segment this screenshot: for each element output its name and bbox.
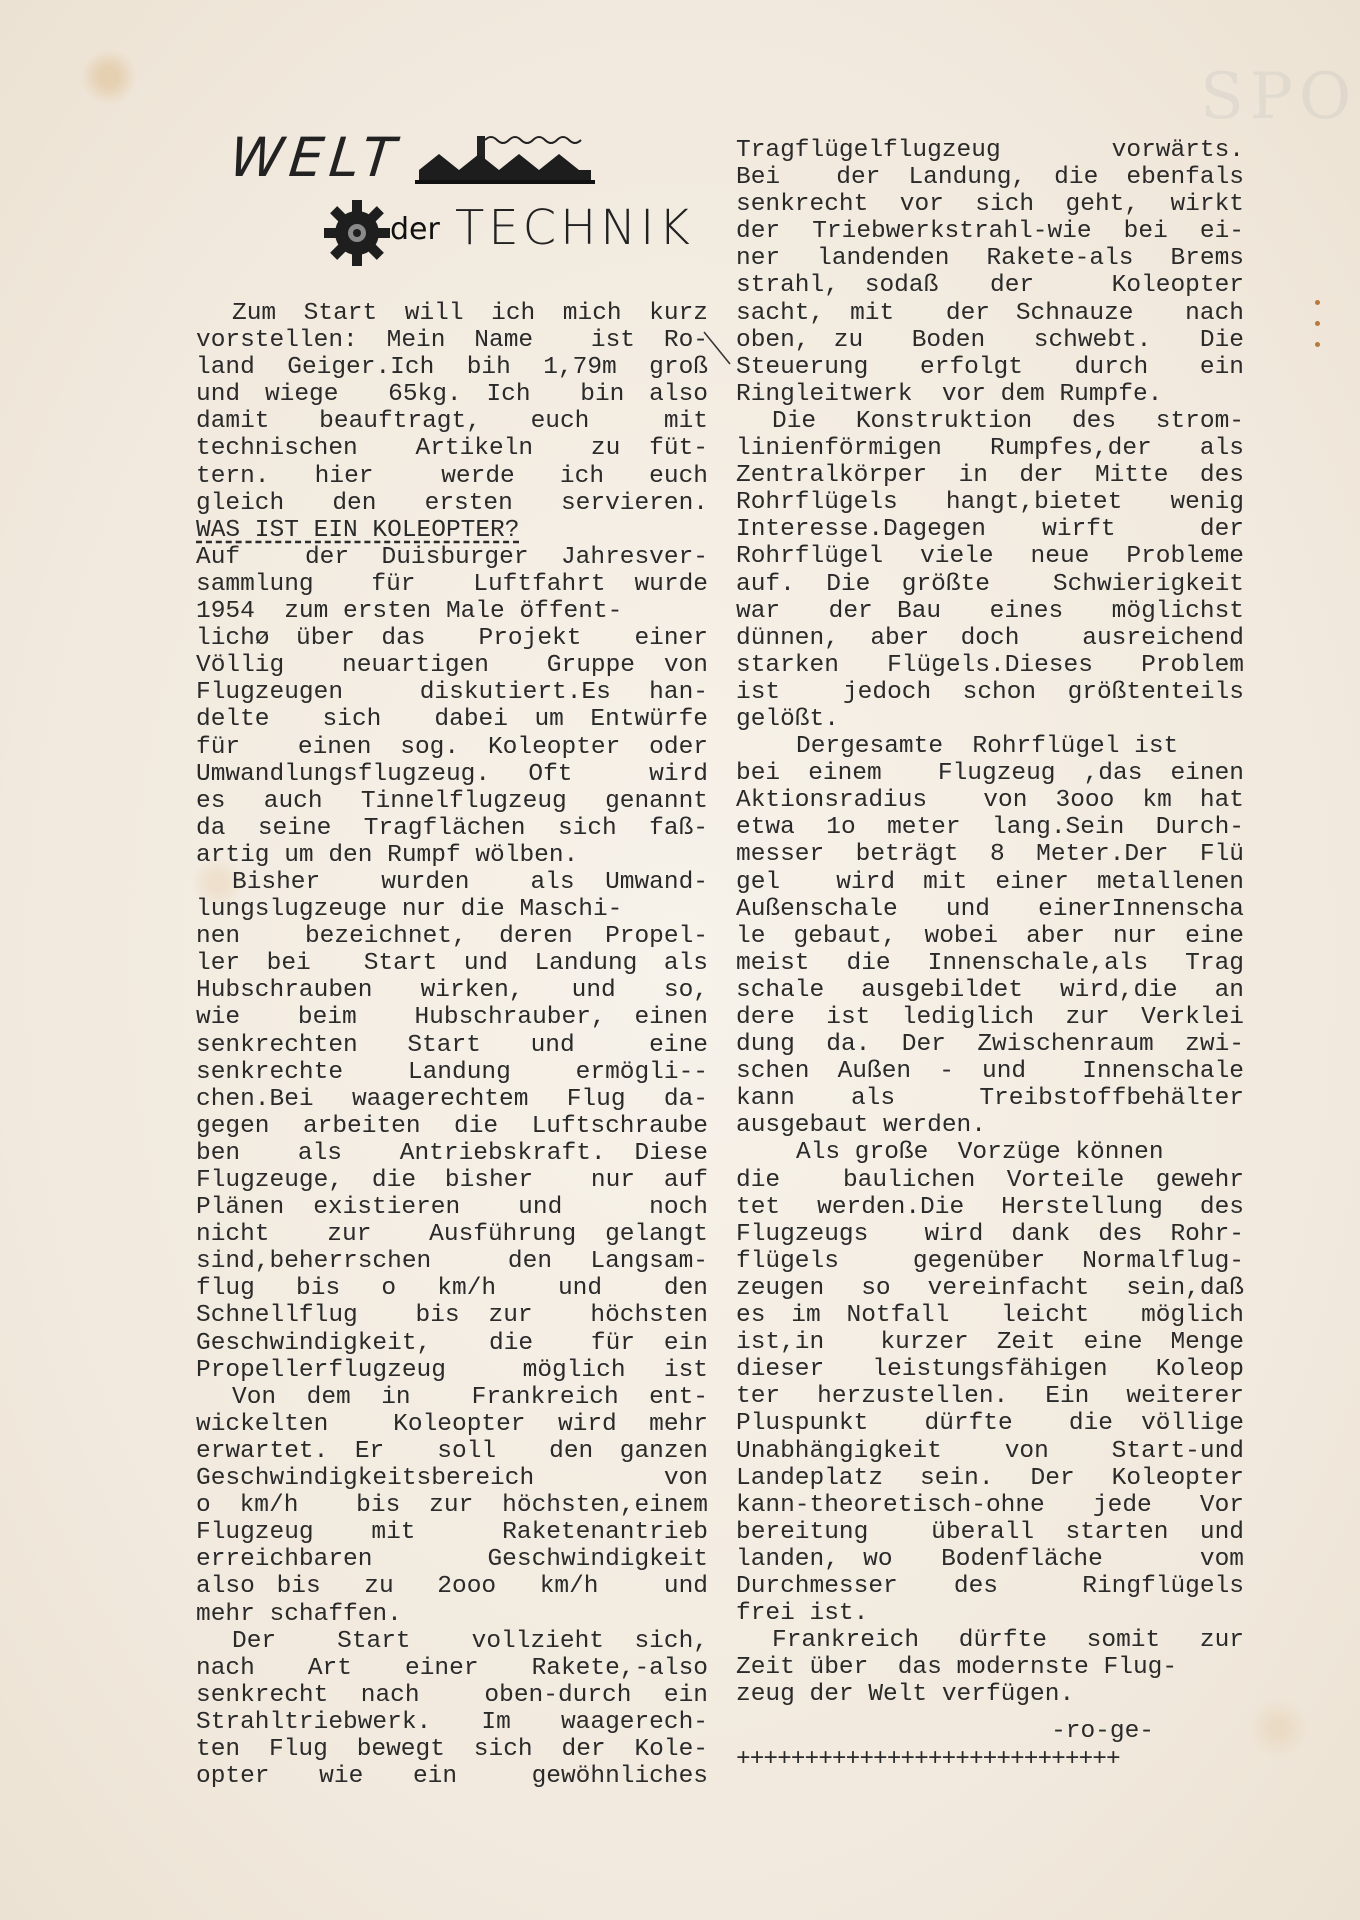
article-header: WELT der TECHNIK	[230, 120, 610, 280]
text-line: Aktionsradius von 3ooo km hat	[736, 787, 1244, 814]
text-line: die baulichen Vorteile gewehr	[736, 1167, 1244, 1194]
text-line: Bisher wurden als Umwand-	[196, 869, 708, 896]
text-line: erreichbaren Geschwindigkeit	[196, 1546, 708, 1573]
text-line: lichø über das Projekt einer	[196, 625, 708, 652]
factory-icon	[415, 130, 595, 188]
text-line: war der Bau eines möglichst	[736, 598, 1244, 625]
paper-page: SPORT WELT der TECHNIK	[0, 0, 1360, 1920]
plus-divider: ++++++++++++++++++++++++++++	[736, 1746, 1244, 1773]
text-line: Außenschale und einerInnenscha	[736, 896, 1244, 923]
author-signature: -ro-ge-	[736, 1718, 1244, 1745]
title-technik: TECHNIK	[455, 200, 694, 256]
text-line: Plänen existieren und noch	[196, 1194, 708, 1221]
text-line: delte sich dabei um Entwürfe	[196, 706, 708, 733]
text-line: ben als Antriebskraft. Diese	[196, 1140, 708, 1167]
text-line: gel wird mit einer metallenen	[736, 869, 1244, 896]
text-line: wickelten Koleopter wird mehr	[196, 1411, 708, 1438]
text-line: strahl, sodaß der Koleopter	[736, 272, 1244, 299]
text-line: tern. hier werde ich euch	[196, 463, 708, 490]
text-line: Geschwindigkeitsbereich von	[196, 1465, 708, 1492]
text-line: gleich den ersten servieren.	[196, 490, 708, 517]
text-line: ist jedoch schon größtenteils	[736, 679, 1244, 706]
text-line: Propellerflugzeug möglich ist	[196, 1357, 708, 1384]
rust-stains	[1315, 300, 1325, 363]
title-der: der	[390, 212, 440, 247]
text-line: oben, zu Boden schwebt. Die	[736, 327, 1244, 354]
text-line: Rohrflügel viele neue Probleme	[736, 543, 1244, 570]
text-line: Auf der Duisburger Jahresver-	[196, 544, 708, 571]
text-line: kann-theoretisch-ohne jede Vor	[736, 1492, 1244, 1519]
text-line: es auch Tinnelflugzeug genannt	[196, 788, 708, 815]
text-line: tet werden.Die Herstellung des	[736, 1194, 1244, 1221]
text-line: ausgebaut werden.	[736, 1112, 1244, 1139]
text-line: landen, wo Bodenfläche vom	[736, 1546, 1244, 1573]
text-line: Frankreich dürfte somit zur	[736, 1627, 1244, 1654]
text-line: mehr schaffen.	[196, 1601, 708, 1628]
text-line: Hubschrauben wirken, und so,	[196, 977, 708, 1004]
text-line: Landeplatz sein. Der Koleopter	[736, 1465, 1244, 1492]
text-line: dünnen, aber doch ausreichend	[736, 625, 1244, 652]
text-line: dung da. Der Zwischenraum zwi-	[736, 1031, 1244, 1058]
text-line: bei einem Flugzeug ,das einen	[736, 760, 1244, 787]
text-line: dieser leistungsfähigen Koleop	[736, 1356, 1244, 1383]
text-line: o km/h bis zur höchsten,einem	[196, 1492, 708, 1519]
text-line: Pluspunkt dürfte die völlige	[736, 1410, 1244, 1437]
text-line: opter wie ein gewöhnliches	[196, 1763, 708, 1790]
text-line: Flugzeugs wird dank des Rohr-	[736, 1221, 1244, 1248]
text-line: Ringleitwerk vor dem Rumpfe.	[736, 381, 1244, 408]
right-column-lines: Tragflügelflugzeug vorwärts.Bei der Land…	[736, 137, 1244, 1708]
text-line: ter herzustellen. Ein weiterer	[736, 1383, 1244, 1410]
bleed-through-text: SPORT	[1200, 60, 1360, 134]
text-line: Bei der Landung, die ebenfals	[736, 164, 1244, 191]
text-line: gelößt.	[736, 706, 1244, 733]
text-line: Interesse.Dagegen wirft der	[736, 516, 1244, 543]
text-line: lungslugzeuge nur die Maschi-	[196, 896, 708, 923]
gear-icon	[322, 198, 392, 268]
text-line: Tragflügelflugzeug vorwärts.	[736, 137, 1244, 164]
text-line: land Geiger.Ich bih 1,79m groß	[196, 354, 708, 381]
text-line: ist,in kurzer Zeit eine Menge	[736, 1329, 1244, 1356]
text-line: zeug der Welt verfügen.	[736, 1681, 1244, 1708]
text-line: es im Notfall leicht möglich	[736, 1302, 1244, 1329]
text-line: sacht, mit der Schnauze nach	[736, 300, 1244, 327]
text-line: erwartet. Er soll den ganzen	[196, 1438, 708, 1465]
text-line: senkrechten Start und eine	[196, 1032, 708, 1059]
title-welt: WELT	[227, 126, 405, 189]
text-line: technischen Artikeln zu füt-	[196, 435, 708, 462]
text-line: kann als Treibstoffbehälter	[736, 1085, 1244, 1112]
text-line: meist die Innenschale,als Trag	[736, 950, 1244, 977]
text-line: messer beträgt 8 Meter.Der Flü	[736, 841, 1244, 868]
text-line: da seine Tragflächen sich faß-	[196, 815, 708, 842]
text-line: bereitung überall starten und	[736, 1519, 1244, 1546]
text-line: ler bei Start und Landung als	[196, 950, 708, 977]
text-line: etwa 1o meter lang.Sein Durch-	[736, 814, 1244, 841]
text-line: senkrecht nach oben-durch ein	[196, 1682, 708, 1709]
stain-dot	[1315, 300, 1320, 305]
text-line: ner landenden Rakete-als Brems	[736, 245, 1244, 272]
text-line: Strahltriebwerk. Im waagerech-	[196, 1709, 708, 1736]
text-line: Der Start vollzieht sich,	[196, 1628, 708, 1655]
text-line: nen bezeichnet, deren Propel-	[196, 923, 708, 950]
text-line: damit beauftragt, euch mit	[196, 408, 708, 435]
text-line: Steuerung erfolgt durch ein	[736, 354, 1244, 381]
text-line: senkrechte Landung ermögli--	[196, 1059, 708, 1086]
text-line: le gebaut, wobei aber nur eine	[736, 923, 1244, 950]
text-line: flügels gegenüber Normalflug-	[736, 1248, 1244, 1275]
section-heading: WAS IST EIN KOLEOPTER?	[196, 517, 708, 544]
text-line: dere ist lediglich zur Verklei	[736, 1004, 1244, 1031]
text-line: Schnellflug bis zur höchsten	[196, 1302, 708, 1329]
text-line: senkrecht vor sich geht, wirkt	[736, 191, 1244, 218]
text-line: Unabhängigkeit von Start-und	[736, 1438, 1244, 1465]
text-line: Zum Start will ich mich kurz	[196, 300, 708, 327]
text-line: auf. Die größte Schwierigkeit	[736, 571, 1244, 598]
text-line: Durchmesser des Ringflügels	[736, 1573, 1244, 1600]
text-line: chen.Bei waagerechtem Flug da-	[196, 1086, 708, 1113]
text-line: vorstellen: Mein Name ist Ro-	[196, 327, 708, 354]
stain-dot	[1315, 321, 1320, 326]
text-line: Als große Vorzüge können	[736, 1139, 1244, 1166]
text-line: frei ist.	[736, 1600, 1244, 1627]
text-line: schen Außen - und Innenschale	[736, 1058, 1244, 1085]
text-line: Umwandlungsflugzeug. Oft wird	[196, 761, 708, 788]
stain-dot	[1315, 342, 1320, 347]
text-line: und wiege 65kg. Ich bin also	[196, 381, 708, 408]
text-line: Flugzeug mit Raketenantrieb	[196, 1519, 708, 1546]
text-line: Von dem in Frankreich ent-	[196, 1384, 708, 1411]
text-line: Völlig neuartigen Gruppe von	[196, 652, 708, 679]
right-column: Tragflügelflugzeug vorwärts.Bei der Land…	[736, 137, 1244, 1773]
text-line: artig um den Rumpf wölben.	[196, 842, 708, 869]
text-line: schale ausgebildet wird,die an	[736, 977, 1244, 1004]
text-line: wie beim Hubschrauber, einen	[196, 1004, 708, 1031]
text-line: Flugzeuge, die bisher nur auf	[196, 1167, 708, 1194]
text-line: Flugzeugen diskutiert.Es han-	[196, 679, 708, 706]
text-line: nicht zur Ausführung gelangt	[196, 1221, 708, 1248]
text-line: Geschwindigkeit, die für ein	[196, 1330, 708, 1357]
text-line: also bis zu 2ooo km/h und	[196, 1573, 708, 1600]
text-line: flug bis o km/h und den	[196, 1275, 708, 1302]
left-column: Zum Start will ich mich kurzvorstellen: …	[196, 300, 708, 1790]
text-line: sammlung für Luftfahrt wurde	[196, 571, 708, 598]
text-line: Zeit über das modernste Flug-	[736, 1654, 1244, 1681]
text-line: ten Flug bewegt sich der Kole-	[196, 1736, 708, 1763]
text-line: nach Art einer Rakete,-also	[196, 1655, 708, 1682]
text-line: Rohrflügels hangt,bietet wenig	[736, 489, 1244, 516]
text-line: gegen arbeiten die Luftschraube	[196, 1113, 708, 1140]
text-line: sind,beherrschen den Langsam-	[196, 1248, 708, 1275]
text-line: für einen sog. Koleopter oder	[196, 734, 708, 761]
text-line: Zentralkörper in der Mitte des	[736, 462, 1244, 489]
text-line: starken Flügels.Dieses Problem	[736, 652, 1244, 679]
text-line: zeugen so vereinfacht sein,daß	[736, 1275, 1244, 1302]
text-line: Die Konstruktion des strom-	[736, 408, 1244, 435]
text-line: linienförmigen Rumpfes,der als	[736, 435, 1244, 462]
text-line: 1954 zum ersten Male öffent-	[196, 598, 708, 625]
text-line: Dergesamte Rohrflügel ist	[736, 733, 1244, 760]
text-line: der Triebwerkstrahl-wie bei ei-	[736, 218, 1244, 245]
